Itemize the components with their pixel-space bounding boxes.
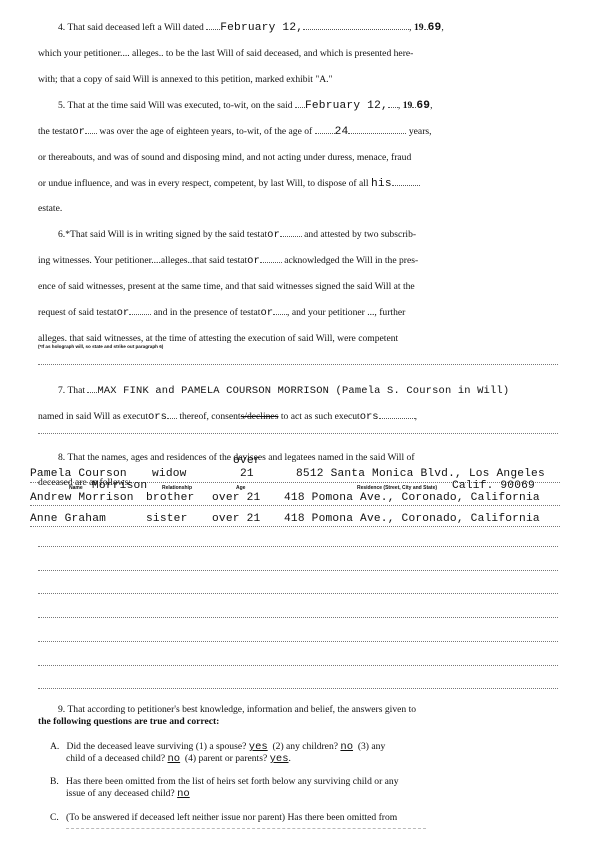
row1-residence: 8512 Santa Monica Blvd., Los Angeles [296,468,545,480]
blank-rule [38,641,558,642]
row1-name: Pamela Courson [30,468,127,480]
text: or undue influence, and was in every res… [38,178,369,189]
text: issue of any deceased child? [66,788,175,799]
testator-suffix: or [267,229,280,241]
row1-age-top: over [233,455,261,467]
question-b-line1: B. Has there been omitted from the list … [50,776,399,788]
question-a-line2: child of a deceased child? no (4) parent… [66,753,291,765]
row1-relationship: widow [152,468,187,480]
para6-line3: ence of said witnesses, present at the s… [38,281,415,293]
row3-name: Anne Graham [30,513,106,525]
answer-parents: yes [270,753,289,765]
row1-name-cont: Morrison [92,480,147,492]
blank-rule [38,617,558,618]
pronoun-field: his [371,178,392,190]
text: (2) any children? [272,741,338,752]
para6-line1: 6.*That said Will is in writing signed b… [58,229,416,241]
row2-relationship: brother [146,492,194,504]
question-letter: C. [50,812,59,823]
question-a-line1: A. Did the deceased leave surviving (1) … [50,741,385,753]
execution-year-field: 69 [416,100,430,112]
para4-line1: 4. That said deceased left a Will dated … [58,22,444,34]
para6-line4: request of said testator and in the pres… [38,307,405,319]
para7-line2: named in said Will as executors thereof,… [38,411,417,423]
row1-age: 21 [240,468,254,480]
answer-omitted-child: no [177,788,190,800]
text: That according to petitioner's best know… [67,704,416,715]
text: named in said Will as execut [38,411,148,422]
text: That [67,385,85,396]
executor-suffix: ors [360,411,379,423]
row3-relationship: sister [146,513,187,525]
para4-text: That said deceased left a Will dated [67,22,203,33]
year-prefix: 19 [414,22,424,33]
blank-rule [38,688,558,689]
age-field: 24 [335,126,349,138]
answer-child-of-deceased: no [168,753,181,765]
blank-rule [38,570,558,571]
para7-number: 7. [58,385,65,396]
question-letter: A. [50,741,59,752]
testator-suffix: or [117,307,130,319]
text: request of said testat [38,307,117,318]
para6-line2: ing witnesses. Your petitioner....allege… [38,255,418,267]
row1-residence-cont: Calif. 90069 [452,480,535,492]
para9-number: 9. [58,704,65,715]
column-label-residence: Residence (Street, City and State) [357,485,437,491]
column-label-age: Age [236,485,245,491]
para6-number: 6.* [58,229,70,240]
answer-children: no [340,741,353,753]
text: (To be answered if deceased left neither… [66,812,397,823]
row3-age: over 21 [212,513,260,525]
para9-line2: the following questions are true and cor… [38,716,219,728]
text: years, [409,126,432,137]
blank-rule [38,433,558,434]
row2-age: over 21 [212,492,260,504]
row2-name: Andrew Morrison [30,492,134,504]
text: alleges [38,333,65,344]
column-label-relationship: Relationship [162,485,192,491]
question-b-line2: issue of any deceased child? no [66,788,190,800]
answer-spouse: yes [249,741,268,753]
para8-number: 8. [58,452,65,463]
text: acknowledged the Will in the pres- [284,255,418,266]
blank-rule [38,593,558,594]
blank-rule [38,665,558,666]
text: , and your petitioner ..., further [287,307,405,318]
text: Has there been omitted from the list of … [66,776,399,787]
row3-residence: 418 Pomona Ave., Coronado, California [284,513,540,525]
cut-off-line [66,828,426,829]
text: ing witnesses. Your petitioner....allege… [38,255,247,266]
question-letter: B. [50,776,59,787]
text: (4) parent or parents? [185,753,267,764]
para5-line2: the testator was over the age of eightee… [38,126,432,138]
para5-line4: or undue influence, and was in every res… [38,178,420,190]
testator-suffix: or [72,126,85,138]
testator-suffix: or [247,255,260,267]
will-date-field: February 12, [220,22,303,34]
year-prefix: 19 [403,100,413,111]
para9-line1: 9. That according to petitioner's best k… [58,704,416,716]
para4-number: 4. [58,22,65,33]
text: Did the deceased leave surviving (1) a s… [67,741,247,752]
para5-line1: 5. That at the time said Will was execut… [58,100,433,112]
text: and in the presence of testat [154,307,261,318]
para5-line5: estate. [38,203,62,215]
text: was over the age of eighteen years, to-w… [99,126,312,137]
blank-rule [38,546,558,547]
row2-residence: 418 Pomona Ave., Coronado, California [284,492,540,504]
text: to act as such execut [281,411,360,422]
text: and attested by two subscrib- [304,229,416,240]
text: (3) any [358,741,385,752]
blank-rule [38,364,558,365]
will-year-field: 69 [428,22,442,34]
row3-underline [30,526,560,527]
row2-underline [30,505,560,506]
column-label-name: Name [69,485,83,491]
text: thereof, consent [179,411,240,422]
text: . that said witnesses, at the time of at… [65,333,399,344]
para4-line3: with; that a copy of said Will is annexe… [38,74,333,86]
para5-number: 5. [58,100,65,111]
execution-date-field: February 12, [305,100,388,112]
para4-line2: which your petitioner.... alleges.. to b… [38,48,413,60]
text: the testat [38,126,72,137]
testator-suffix: or [260,307,273,319]
executor-suffix: ors [148,411,167,423]
question-c-line1: C. (To be answered if deceased left neit… [50,812,397,824]
para7-line1: 7. That MAX FINK and PAMELA COURSON MORR… [58,385,509,397]
text: child of a deceased child? [66,753,165,764]
executors-field: MAX FINK and PAMELA COURSON MORRISON (Pa… [97,385,509,397]
para5-line3: or thereabouts, and was of sound and dis… [38,152,411,164]
text: That said Will is in writing signed by t… [70,229,267,240]
struck-text: s/declines [241,411,279,422]
para6-footnote: (*If as holograph will, so state and str… [38,344,163,349]
para5-text: That at the time said Will was executed,… [67,100,292,111]
